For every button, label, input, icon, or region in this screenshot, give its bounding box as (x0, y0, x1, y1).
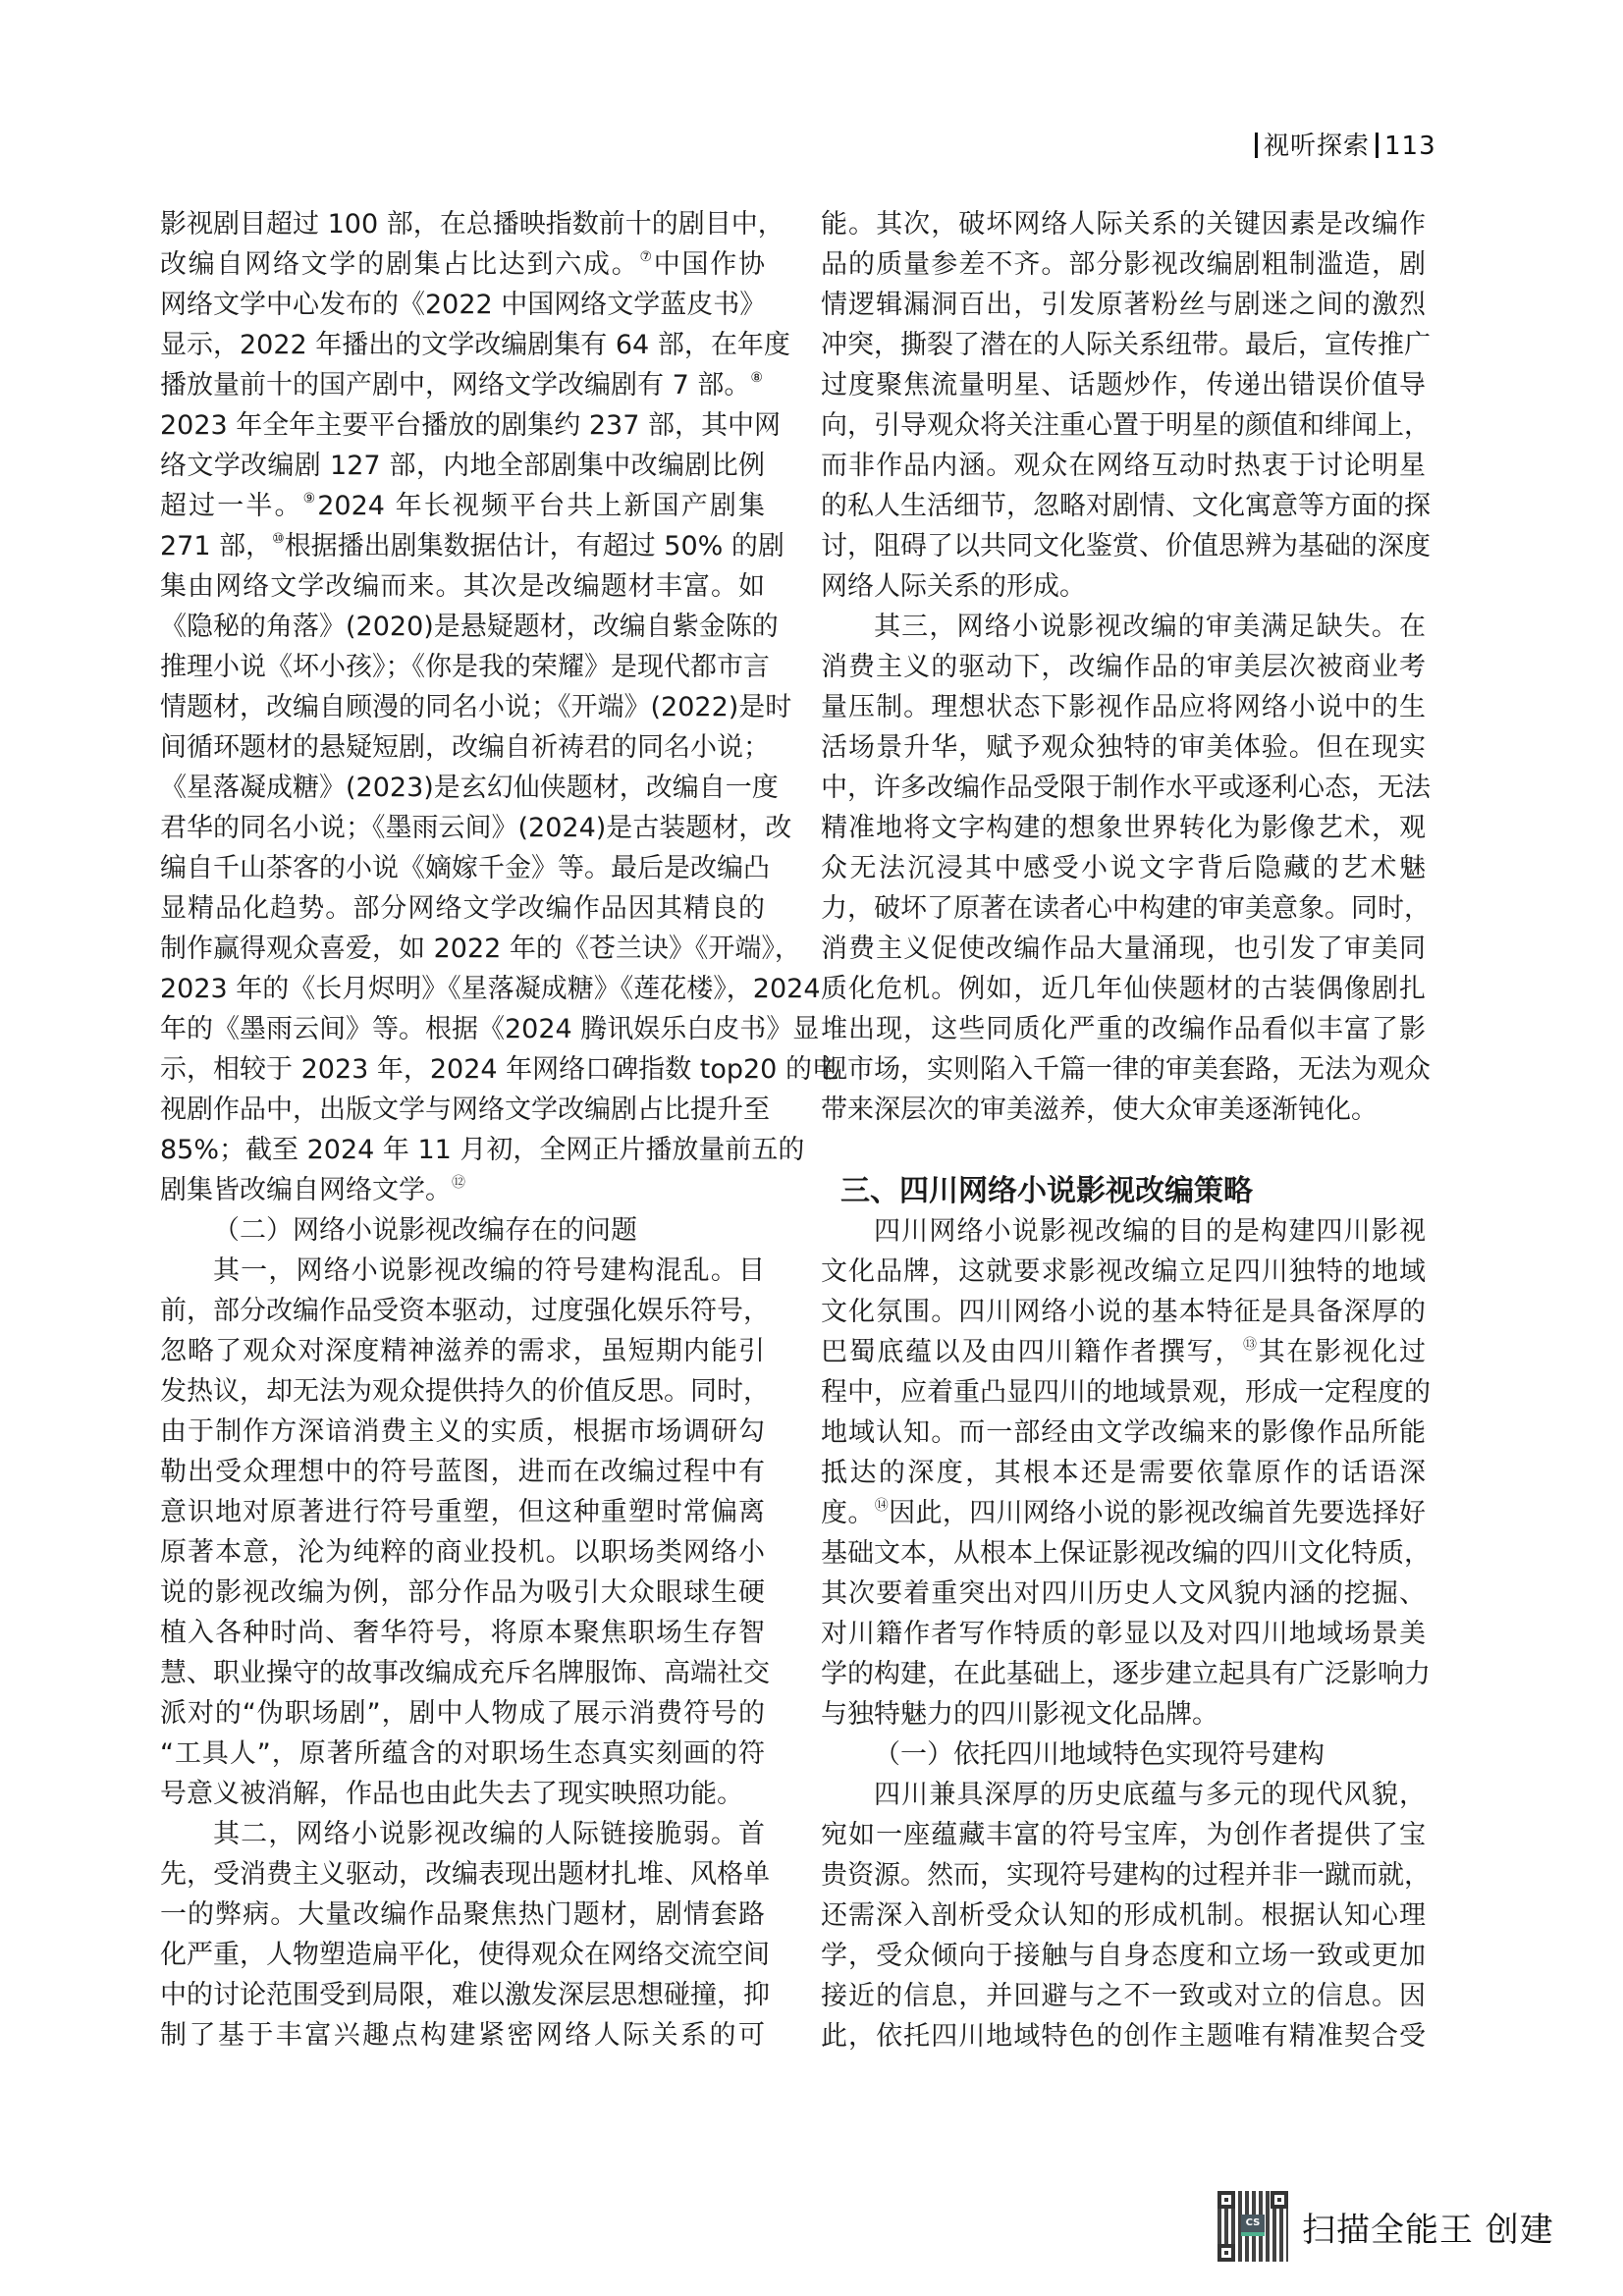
running-head: 视听探索113 (1249, 126, 1436, 162)
page-number: 113 (1384, 132, 1436, 161)
text-line: 其二，网络小说影视改编的人际链接脆弱。首 (160, 1814, 765, 1854)
section-heading: 三、四川网络小说影视改编策略 (821, 1171, 1426, 1211)
footnote-ref: ⑬ (1243, 1337, 1259, 1353)
text-line: 向，引导观众将关注重心置于明星的颜值和绯闻上， (821, 405, 1426, 446)
text-line: 超过一半。⑨2024 年长视频平台共上新国产剧集 (160, 486, 765, 526)
text-line: 2023 年全年主要平台播放的剧集约 237 部，其中网 (160, 405, 765, 446)
text-line: 影视剧目超过 100 部，在总播映指数前十的剧目中， (160, 204, 765, 244)
text-line: 改编自网络文学的剧集占比达到六成。⑦中国作协 (160, 244, 765, 285)
text-line: 慧、职业操守的故事改编成充斥名牌服饰、高端社交 (160, 1653, 765, 1693)
text-line: 对川籍作者写作特质的彰显以及对四川地域场景美 (821, 1614, 1426, 1654)
text-line: 2023 年的《长月烬明》《星落凝成糖》《莲花楼》，2024 (160, 969, 765, 1009)
text-line: 勒出受众理想中的符号蓝图，进而在改编过程中有 (160, 1452, 765, 1492)
left-column: 影视剧目超过 100 部，在总播映指数前十的剧目中， 改编自网络文学的剧集占比达… (160, 204, 765, 2056)
text-line: 量压制。理想状态下影视作品应将网络小说中的生 (821, 687, 1426, 727)
text-line: 化严重，人物塑造扁平化，使得观众在网络交流空间 (160, 1935, 765, 1975)
text-line: 说的影视改编为例，部分作品为吸引大众眼球生硬 (160, 1573, 765, 1613)
text-line: 还需深入剖析受众认知的形成机制。根据认知心理 (821, 1896, 1426, 1936)
text-line: 制了基于丰富兴趣点构建紧密网络人际关系的可 (160, 2015, 765, 2056)
text-line: 85%；截至 2024 年 11 月初，全网正片播放量前五的 (160, 1130, 765, 1170)
text-line: 文化氛围。四川网络小说的基本特征是具备深厚的 (821, 1292, 1426, 1332)
text-line: 《星落凝成糖》(2023)是玄幻仙侠题材，改编自一度 (160, 768, 765, 808)
text-line: 学的构建，在此基础上，逐步建立起具有广泛影响力 (821, 1654, 1426, 1694)
text-line: 播放量前十的国产剧中，网络文学改编剧有 7 部。⑧ (160, 365, 765, 405)
text-line: 宛如一座蕴藏丰富的符号宝库，为创作者提供了宝 (821, 1815, 1426, 1855)
text-line: 前，部分改编作品受资本驱动，过度强化娱乐符号， (160, 1291, 765, 1331)
text-line: 众无法沉浸其中感受小说文字背后隐藏的艺术魅 (821, 848, 1426, 888)
text-line: 其一，网络小说影视改编的符号建构混乱。目 (160, 1251, 765, 1291)
right-column: 能。其次，破坏网络人际关系的关键因素是改编作 品的质量参差不齐。部分影视改编剧粗… (821, 204, 1426, 2056)
divider (1255, 133, 1258, 158)
text-line: 间循环题材的悬疑短剧，改编自祈祷君的同名小说； (160, 727, 765, 768)
text-line: 此，依托四川地域特色的创作主题唯有精准契合受 (821, 2016, 1426, 2056)
footnote-ref: ⑩ (272, 531, 285, 547)
text-line: 示，相较于 2023 年，2024 年网络口碑指数 top20 的电 (160, 1049, 765, 1090)
text-line: 视剧作品中，出版文学与网络文学改编剧占比提升至 (160, 1090, 765, 1130)
qr-finder (1217, 2244, 1235, 2262)
footnote-ref: ⑫ (452, 1175, 465, 1191)
text-line: 剧集皆改编自网络文学。⑫ (160, 1170, 765, 1210)
text-line: 消费主义促使改编作品大量涌现，也引发了审美同 (821, 929, 1426, 969)
text-line: 号意义被消解，作品也由此失去了现实映照功能。 (160, 1774, 765, 1814)
text-line: 而非作品内涵。观众在网络互动时热衷于讨论明星 (821, 446, 1426, 486)
text-line: 中，许多改编作品受限于制作水平或逐利心态，无法 (821, 768, 1426, 808)
text-line: 四川兼具深厚的历史底蕴与多元的现代风貌， (821, 1775, 1426, 1815)
text-line: 网络人际关系的形成。 (821, 566, 1426, 607)
text-line: 推理小说《坏小孩》；《你是我的荣耀》是现代都市言 (160, 647, 765, 687)
text-line: 的私人生活细节，忽略对剧情、文化寓意等方面的探 (821, 486, 1426, 526)
text-line: 贵资源。然而，实现符号建构的过程并非一蹴而就， (821, 1855, 1426, 1896)
text-line: 四川网络小说影视改编的目的是构建四川影视 (821, 1211, 1426, 1252)
text-line: 情逻辑漏洞百出，引发原著粉丝与剧迷之间的激烈 (821, 285, 1426, 325)
text-line: 抵达的深度，其根本还是需要依靠原作的话语深 (821, 1453, 1426, 1493)
footnote-ref: ⑭ (875, 1498, 889, 1514)
text-line: 能。其次，破坏网络人际关系的关键因素是改编作 (821, 204, 1426, 244)
text-line: 接近的信息，并回避与之不一致或对立的信息。因 (821, 1976, 1426, 2016)
text-line: 度。⑭因此，四川网络小说的影视改编首先要选择好 (821, 1493, 1426, 1533)
text-line: 活场景升华，赋予观众独特的审美体验。但在现实 (821, 727, 1426, 768)
text-line: 视市场，实则陷入千篇一律的审美套路，无法为观众 (821, 1049, 1426, 1090)
scanner-watermark: CS 扫描全能王 创建 (1217, 2191, 1554, 2262)
text-line: 巴蜀底蕴以及由四川籍作者撰写，⑬其在影视化过 (821, 1332, 1426, 1372)
subheading: （二）网络小说影视改编存在的问题 (160, 1210, 765, 1251)
text-line: 力，破坏了原著在读者心中构建的审美意象。同时， (821, 888, 1426, 929)
text-line: 其次要着重突出对四川历史人文风貌内涵的挖掘、 (821, 1574, 1426, 1614)
camscanner-badge: CS (1241, 2215, 1265, 2236)
text-line: 中的讨论范围受到局限，难以激发深层思想碰撞，抑 (160, 1975, 765, 2015)
text-line: 冲突，撕裂了潜在的人际关系纽带。最后，宣传推广 (821, 325, 1426, 365)
text-line: 消费主义的驱动下，改编作品的审美层次被商业考 (821, 647, 1426, 687)
text-line: 制作赢得观众喜爱，如 2022 年的《苍兰诀》《开端》， (160, 929, 765, 969)
text-line: 君华的同名小说；《墨雨云间》(2024)是古装题材，改 (160, 808, 765, 848)
qr-finder (1271, 2191, 1288, 2209)
footnote-ref: ⑦ (640, 249, 654, 265)
text-line: 271 部，⑩根据播出剧集数据估计，有超过 50% 的剧 (160, 526, 765, 566)
text-line: 基础文本，从根本上保证影视改编的四川文化特质， (821, 1533, 1426, 1574)
text-line: 显精品化趋势。部分网络文学改编作品因其精良的 (160, 888, 765, 929)
text-line: 与独特魅力的四川影视文化品牌。 (821, 1694, 1426, 1735)
text-line: 意识地对原著进行符号重塑，但这种重塑时常偏离 (160, 1492, 765, 1532)
text-line: 编自千山茶客的小说《嫡嫁千金》等。最后是改编凸 (160, 848, 765, 888)
text-line: 程中，应着重凸显四川的地域景观，形成一定程度的 (821, 1372, 1426, 1413)
text-line: 络文学改编剧 127 部，内地全部剧集中改编剧比例 (160, 446, 765, 486)
qr-code-icon: CS (1217, 2191, 1288, 2262)
text-line: 派对的“伪职场剧”，剧中人物成了展示消费符号的 (160, 1693, 765, 1734)
text-line: 植入各种时尚、奢华符号，将原本聚焦职场生存智 (160, 1613, 765, 1653)
text-line: 品的质量参差不齐。部分影视改编剧粗制滥造，剧 (821, 244, 1426, 285)
text-line: 精准地将文字构建的想象世界转化为影像艺术，观 (821, 808, 1426, 848)
text-line: 显示，2022 年播出的文学改编剧集有 64 部，在年度 (160, 325, 765, 365)
text-line: 一的弊病。大量改编作品聚焦热门题材，剧情套路 (160, 1895, 765, 1935)
text-line: 质化危机。例如，近几年仙侠题材的古装偶像剧扎 (821, 969, 1426, 1009)
divider (1376, 133, 1379, 158)
qr-finder (1217, 2191, 1235, 2209)
journal-section: 视听探索 (1264, 132, 1370, 161)
text-line: 情题材，改编自顾漫的同名小说；《开端》(2022)是时 (160, 687, 765, 727)
footnote-ref: ⑨ (303, 491, 318, 507)
text-line: 地域认知。而一部经由文学改编来的影像作品所能 (821, 1413, 1426, 1453)
subheading: （一）依托四川地域特色实现符号建构 (821, 1735, 1426, 1775)
text-line: 先，受消费主义驱动，改编表现出题材扎堆、风格单 (160, 1854, 765, 1895)
watermark-text: 扫描全能王 创建 (1302, 2203, 1554, 2251)
text-line: 过度聚焦流量明星、话题炒作，传递出错误价值导 (821, 365, 1426, 405)
text-line: 网络文学中心发布的《2022 中国网络文学蓝皮书》 (160, 285, 765, 325)
text-line: 文化品牌，这就要求影视改编立足四川独特的地域 (821, 1252, 1426, 1292)
text-line: 由于制作方深谙消费主义的实质，根据市场调研勾 (160, 1412, 765, 1452)
text-line: 年的《墨雨云间》等。根据《2024 腾讯娱乐白皮书》显 (160, 1009, 765, 1049)
text-line: 忽略了观众对深度精神滋养的需求，虽短期内能引 (160, 1331, 765, 1371)
footnote-ref: ⑧ (750, 370, 763, 386)
text-line: 学，受众倾向于接触与自身态度和立场一致或更加 (821, 1936, 1426, 1976)
text-line: 讨，阻碍了以共同文化鉴赏、价值思辨为基础的深度 (821, 526, 1426, 566)
text-line: 原著本意，沦为纯粹的商业投机。以职场类网络小 (160, 1532, 765, 1573)
text-line: 发热议，却无法为观众提供持久的价值反思。同时， (160, 1371, 765, 1412)
text-line: 《隐秘的角落》(2020)是悬疑题材，改编自紫金陈的 (160, 607, 765, 647)
text-line: 带来深层次的审美滋养，使大众审美逐渐钝化。 (821, 1090, 1426, 1130)
text-line: “工具人”，原著所蕴含的对职场生态真实刻画的符 (160, 1734, 765, 1774)
text-line: 堆出现，这些同质化严重的改编作品看似丰富了影 (821, 1009, 1426, 1049)
text-line: 集由网络文学改编而来。其次是改编题材丰富。如 (160, 566, 765, 607)
text-line: 其三，网络小说影视改编的审美满足缺失。在 (821, 607, 1426, 647)
